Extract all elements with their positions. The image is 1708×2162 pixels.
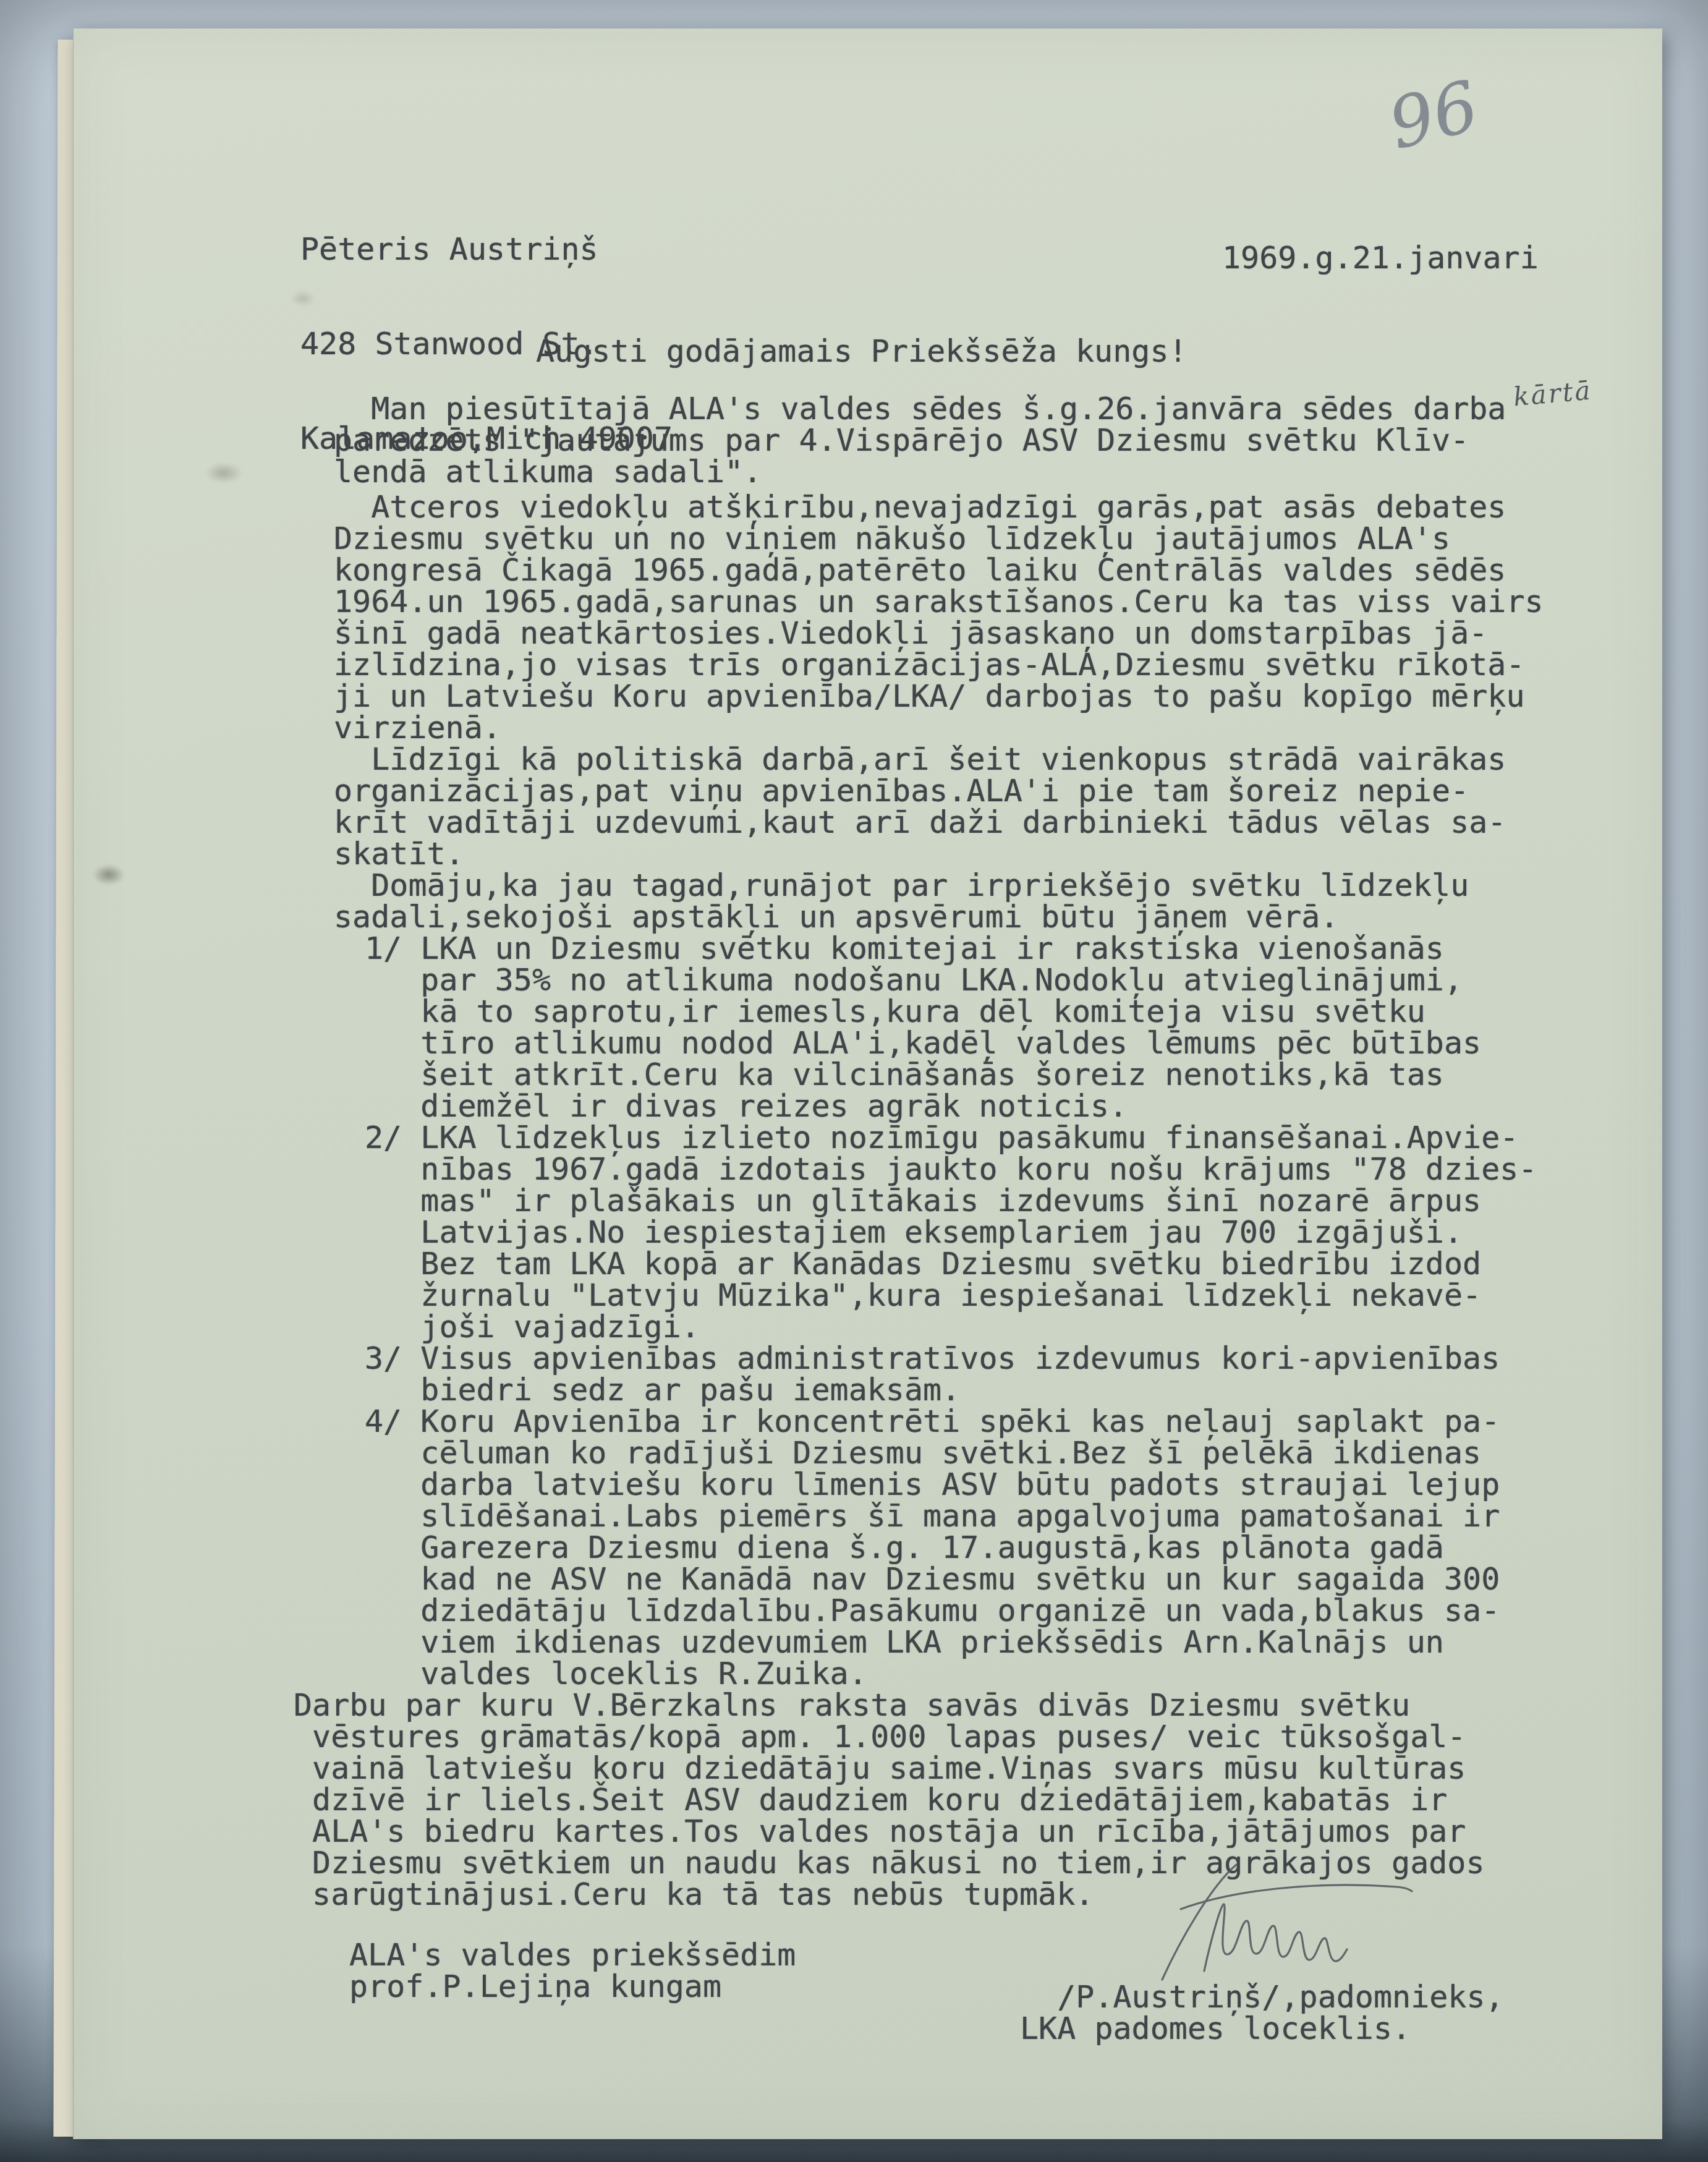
- salutation: Augsti godājamais Priekšsēža kungs!: [536, 336, 1188, 367]
- list-item-4: 4/ Koru Apvienība ir koncentrēti spēki k…: [365, 1406, 1500, 1690]
- handwritten-signature: [1145, 1858, 1429, 1988]
- paragraph-4: Domāju,ka jau tagad,runājot par irpriekš…: [334, 870, 1469, 933]
- paragraph-2: Atceros viedokļu atšķirību,nevajadzīgi g…: [334, 492, 1544, 744]
- paragraph-3: Līdzīgi kā politiskā darbā,arī šeit vien…: [334, 744, 1506, 870]
- scanned-letter-photo: 96 Pēteris Austriņš 428 Stanwood St. Kal…: [0, 0, 1708, 2162]
- addressee-block: ALA's valdes priekšsēdim prof.P.Lejiņa k…: [349, 1939, 796, 2002]
- sender-name: Pēteris Austriņš: [300, 234, 673, 265]
- list-item-1: 1/ LKA un Dziesmu svētku komitejai ir ra…: [365, 933, 1481, 1122]
- list-item-2: 2/ LKA līdzekļus izlieto nozīmīgu pasāku…: [365, 1122, 1537, 1343]
- signature-typed-block: /P.Austriņš/,padomnieks, LKA padomes loc…: [1020, 1981, 1504, 2045]
- paper-smudge: [205, 462, 242, 483]
- paper-smudge: [93, 864, 125, 885]
- paragraph-1: Man piesūtītajā ALA's valdes sēdes š.g.2…: [334, 393, 1506, 488]
- letter-date: 1969.g.21.janvari: [1222, 242, 1539, 274]
- list-item-3: 3/ Visus apvienības administratīvos izde…: [365, 1343, 1500, 1406]
